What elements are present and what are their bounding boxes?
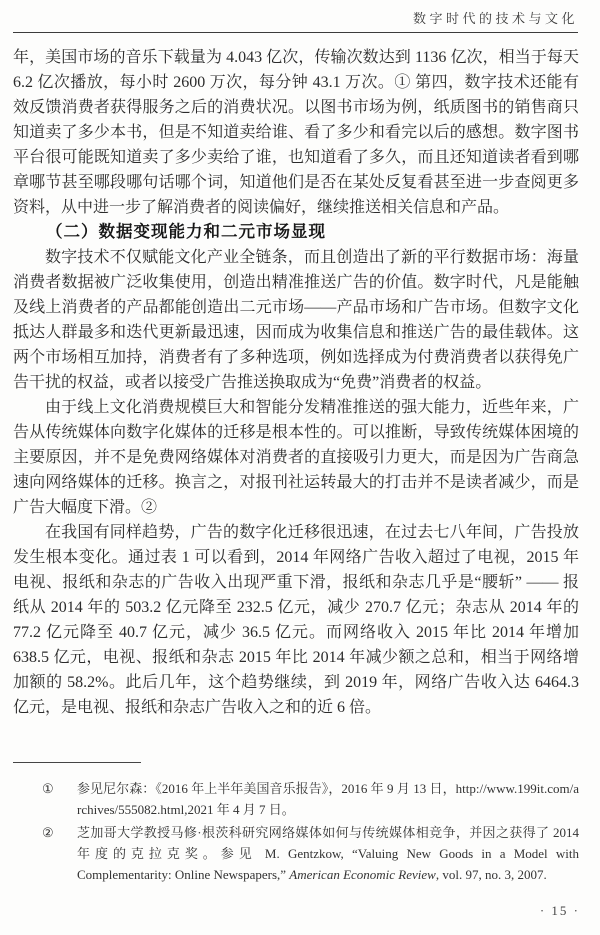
footnote-journal-title: American Economic Review	[289, 867, 436, 882]
page-number: · 15 ·	[540, 903, 580, 919]
paragraph-continued: 年，美国市场的音乐下载量为 4.043 亿次，传输次数达到 1136 亿次，相当…	[13, 45, 579, 220]
page-body: 年，美国市场的音乐下载量为 4.043 亿次，传输次数达到 1136 亿次，相当…	[13, 45, 579, 720]
header-divider	[13, 32, 578, 33]
footnotes-section: ① 参见尼尔森：《2016 年上半年美国音乐报告》，2016 年 9 月 13 …	[13, 762, 579, 887]
footnote-item: ② 芝加哥大学教授马修·根茨科研究网络媒体如何与传统媒体相竞争，并因之获得了 2…	[13, 822, 579, 885]
paragraph: 由于线上文化消费规模巨大和智能分发精准推送的强大能力，近些年来，广告从传统媒体向…	[13, 395, 579, 520]
footnote-text-tail: , vol. 97, no. 3, 2007.	[436, 867, 547, 882]
book-page: 数字时代的技术与文化 年，美国市场的音乐下载量为 4.043 亿次，传输次数达到…	[0, 0, 600, 935]
footnote-text: 参见尼尔森：《2016 年上半年美国音乐报告》，2016 年 9 月 13 日，…	[77, 778, 579, 820]
footnote-divider	[13, 762, 141, 763]
paragraph: 数字技术不仅赋能文化产业全链条，而且创造出了新的平行数据市场：海量消费者数据被广…	[13, 245, 579, 395]
footnote-text: 芝加哥大学教授马修·根茨科研究网络媒体如何与传统媒体相竞争，并因之获得了 201…	[77, 822, 579, 885]
running-header-title: 数字时代的技术与文化	[413, 8, 578, 27]
footnote-item: ① 参见尼尔森：《2016 年上半年美国音乐报告》，2016 年 9 月 13 …	[13, 778, 579, 820]
section-heading: （二）数据变现能力和二元市场显现	[13, 220, 579, 245]
paragraph: 在我国有同样趋势，广告的数字化迁移很迅速，在过去七八年间，广告投放发生根本变化。…	[13, 520, 579, 720]
footnote-number: ①	[42, 778, 77, 820]
footnote-number: ②	[42, 822, 77, 885]
